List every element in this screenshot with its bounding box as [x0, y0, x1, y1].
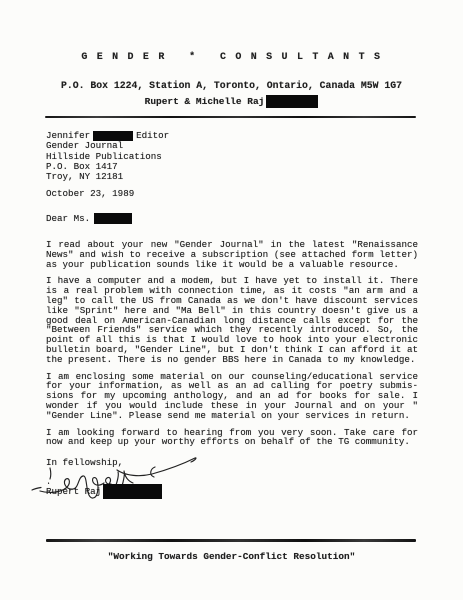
letterhead-proprietors-line: Rupert & Michelle Raj — [0, 95, 463, 108]
letter-page: G E N D E R * C O N S U L T A N T S P.O.… — [0, 0, 463, 600]
body-paragraph: I have a computer and a modem, but I hav… — [46, 276, 418, 364]
body-line: as your publication sounds like it would… — [46, 260, 418, 270]
body-paragraph: I read about your new "Gender Journal" i… — [46, 240, 418, 269]
recipient-org-line: Troy, NY 12181 — [46, 172, 169, 182]
recipient-title: Editor — [136, 131, 169, 141]
salutation-line: Dear Ms. — [46, 212, 132, 224]
date-line: October 23, 1989 — [46, 188, 134, 199]
body-line: the present. There is no gender BBS here… — [46, 355, 418, 365]
body-paragraph: I am enclosing some material on our coun… — [46, 372, 418, 421]
signature-flourish-stroke — [117, 458, 196, 476]
body-line: now and keep up your worthy efforts on b… — [46, 437, 418, 447]
signature-hook-stroke — [151, 467, 155, 477]
recipient-org-lines: Gender JournalHillside PublicationsP.O. … — [46, 141, 169, 182]
redaction-box — [103, 484, 162, 499]
letter-body: I read about your new "Gender Journal" i… — [46, 240, 418, 447]
salutation-text: Dear Ms. — [46, 213, 90, 224]
signature-dash-stroke — [32, 488, 41, 491]
body-paragraph: I am looking forward to hearing from you… — [46, 428, 418, 448]
redaction-box — [94, 213, 132, 224]
redaction-box — [266, 95, 318, 108]
recipient-address-block: Jennifer Editor Gender JournalHillside P… — [46, 131, 169, 182]
letterhead-proprietors: Rupert & Michelle Raj — [145, 96, 265, 107]
signature-typed-name: Rupert Raj — [46, 486, 101, 497]
body-line: "Gender Line". Please send me material o… — [46, 411, 418, 421]
letterhead-address: P.O. Box 1224, Station A, Toronto, Ontar… — [0, 80, 463, 91]
footer-tagline: "Working Towards Gender-Conflict Resolut… — [0, 551, 463, 562]
footer-divider — [46, 539, 416, 542]
signature-tick-stroke — [50, 468, 51, 479]
letterhead-divider — [45, 116, 416, 118]
letterhead-org-name: G E N D E R * C O N S U L T A N T S — [0, 52, 463, 63]
